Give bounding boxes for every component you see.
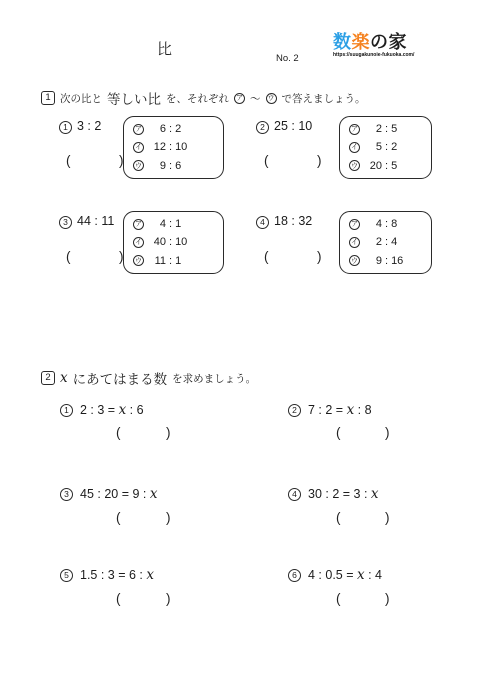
choice-row: ウ 11:1 [133,255,217,267]
problem2-instruction-em: にあてはまる数 [73,368,168,388]
choice-i-mark: イ [133,237,144,248]
p2-item3-equation: 45 : 20 = 9 : x [80,486,157,502]
choice-u-mark: ウ [349,160,360,171]
choice-a-mark: ア [349,219,360,230]
equation-x: x [146,567,154,583]
p1-item3-ratio: 44 : 11 [77,214,114,228]
p2-item5-equation: 1.5 : 3 = 6 : x [80,567,154,583]
problem1-number-box: 1 [41,91,55,105]
p1-item1-ratio: 3 : 2 [77,119,101,133]
choice-left-value: 2 [366,123,382,135]
choice-right-value: 4 [391,236,397,248]
choice-u-mark: ウ [349,255,360,266]
colon: : [169,218,172,230]
colon: : [385,123,388,135]
colon: : [385,255,388,267]
p1-item4-answer-paren-close: ) [317,249,322,264]
p2-item6-answer-paren-close: ) [385,591,390,606]
colon: : [169,123,172,135]
problem1-instruction-em: 等しい比 [107,88,161,108]
p2-item2-number: 2 [288,404,301,417]
p2-item5-answer-paren-close: ) [166,591,171,606]
equation-lhs: 1.5 : 3 = 6 : [80,568,146,582]
p1-item3-choices-box: ア 4:1 イ 40:10 ウ 11:1 [123,211,224,274]
p2-item4-equation: 30 : 2 = 3 : x [308,486,379,502]
p2-item1-answer-paren-close: ) [166,425,171,440]
choice-right-value: 10 [175,236,187,248]
logo-char-blue: 数 [333,32,352,52]
choice-left-value: 9 [366,255,382,267]
choice-row: ア 4:1 [133,218,217,230]
p1-item4-number: 4 [256,216,269,229]
p1-item3-number: 3 [59,216,72,229]
choice-row: ウ 20:5 [349,160,425,172]
problem1-header: 1 次の比と 等しい比 を、それぞれ ア 〜 ウ で答えましょう。 [41,88,366,108]
p2-item2-answer-paren-close: ) [385,425,390,440]
colon: : [169,141,172,153]
choice-right-value: 2 [391,141,397,153]
choice-a-mark: ア [349,124,360,135]
p2-item5-number: 5 [60,569,73,582]
equation-lhs: 7 : 2 = [308,403,347,417]
choice-left-value: 2 [366,236,382,248]
colon: : [385,160,388,172]
p2-item6-equation: 4 : 0.5 = x : 4 [308,567,382,583]
p2-item2-equation: 7 : 2 = x : 8 [308,402,372,418]
choice-right-value: 6 [175,160,181,172]
colon: : [169,236,172,248]
choice-right-value: 5 [391,160,397,172]
choice-row: イ 2:4 [349,236,425,248]
p1-item2-number: 2 [256,121,269,134]
colon: : [385,218,388,230]
p2-item1-number: 1 [60,404,73,417]
equation-x: x [150,486,158,502]
logo-chars-black: の家 [370,32,407,52]
colon: : [169,255,172,267]
choice-left-value: 4 [150,218,166,230]
colon: : [169,160,172,172]
p2-item3-answer-paren-open: ( [116,510,121,525]
p2-item6-number: 6 [288,569,301,582]
p1-item1-choices-box: ア 6:2 イ 12:10 ウ 9:6 [123,116,224,179]
equation-lhs: 4 : 0.5 = [308,568,357,582]
choice-row: ウ 9:6 [133,160,217,172]
p2-item3-answer-paren-close: ) [166,510,171,525]
choice-row: ア 2:5 [349,123,425,135]
problem2-instruction-var: x [60,370,68,386]
choice-row: イ 12:10 [133,141,217,153]
p1-item1-number: 1 [59,121,72,134]
choice-i-mark: イ [349,142,360,153]
equation-lhs: 2 : 3 = [80,403,119,417]
p1-item3-answer-paren-open: ( [66,249,71,264]
p2-item4-answer-paren-close: ) [385,510,390,525]
p2-item1-equation: 2 : 3 = x : 6 [80,402,144,418]
choice-row: ア 6:2 [133,123,217,135]
site-url: https://suugakunoie-fukuoka.com/ [333,53,453,58]
problem2-header: 2 x にあてはまる数 を求めましょう。 [41,368,256,388]
p2-item4-number: 4 [288,488,301,501]
choice-left-value: 9 [150,160,166,172]
choice-a-mark: ア [133,219,144,230]
choice-range-start-mark: ア [234,93,245,104]
choice-left-value: 12 [150,141,166,153]
choice-left-value: 5 [366,141,382,153]
p1-item1-answer-paren-open: ( [66,153,71,168]
p1-item2-choices-box: ア 2:5 イ 5:2 ウ 20:5 [339,116,432,179]
choice-u-mark: ウ [133,160,144,171]
p2-item3-number: 3 [60,488,73,501]
p1-item4-answer-paren-open: ( [264,249,269,264]
p2-item5-answer-paren-open: ( [116,591,121,606]
equation-rhs: : 4 [365,568,382,582]
choice-left-value: 4 [366,218,382,230]
choice-right-value: 8 [391,218,397,230]
colon: : [385,141,388,153]
problem2-number-box: 2 [41,371,55,385]
page-number: No. 2 [276,53,299,64]
choice-right-value: 5 [391,123,397,135]
p2-item4-answer-paren-open: ( [336,510,341,525]
choice-right-value: 16 [391,255,403,267]
equation-lhs: 45 : 20 = 9 : [80,487,150,501]
p2-item2-answer-paren-open: ( [336,425,341,440]
equation-x: x [357,567,365,583]
choice-row: ウ 9:16 [349,255,425,267]
p2-item1-answer-paren-open: ( [116,425,121,440]
problem1-instruction-mid: を、それぞれ [166,91,229,106]
choice-a-mark: ア [133,124,144,135]
choice-u-mark: ウ [133,255,144,266]
choice-right-value: 2 [175,123,181,135]
problem1-instruction-post: で答えましょう。 [282,91,366,106]
choice-right-value: 1 [175,255,181,267]
p2-item6-answer-paren-open: ( [336,591,341,606]
choice-row: イ 40:10 [133,236,217,248]
choice-left-value: 20 [366,160,382,172]
p1-item2-answer-paren-close: ) [317,153,322,168]
colon: : [385,236,388,248]
equation-rhs: : 6 [126,403,143,417]
choice-left-value: 6 [150,123,166,135]
tilde: 〜 [250,91,261,106]
equation-lhs: 30 : 2 = 3 : [308,487,371,501]
worksheet-page: 比 No. 2 数楽の家 https://suugakunoie-fukuoka… [0,0,483,691]
choice-i-mark: イ [133,142,144,153]
p1-item4-choices-box: ア 4:8 イ 2:4 ウ 9:16 [339,211,432,274]
equation-x: x [371,486,379,502]
choice-left-value: 40 [150,236,166,248]
problem2-instruction-post: を求めましょう。 [172,371,256,386]
site-logo-text: 数楽の家 [333,33,453,51]
choice-left-value: 11 [150,255,166,267]
choice-i-mark: イ [349,237,360,248]
p1-item2-answer-paren-open: ( [264,153,269,168]
site-logo: 数楽の家 https://suugakunoie-fukuoka.com/ [333,33,453,58]
p1-item4-ratio: 18 : 32 [274,214,312,228]
choice-right-value: 1 [175,218,181,230]
choice-range-end-mark: ウ [266,93,277,104]
equation-rhs: : 8 [354,403,371,417]
choice-row: イ 5:2 [349,141,425,153]
problem1-instruction-pre: 次の比と [60,91,102,106]
choice-right-value: 10 [175,141,187,153]
logo-char-orange: 楽 [352,32,371,52]
p1-item2-ratio: 25 : 10 [274,119,312,133]
choice-row: ア 4:8 [349,218,425,230]
